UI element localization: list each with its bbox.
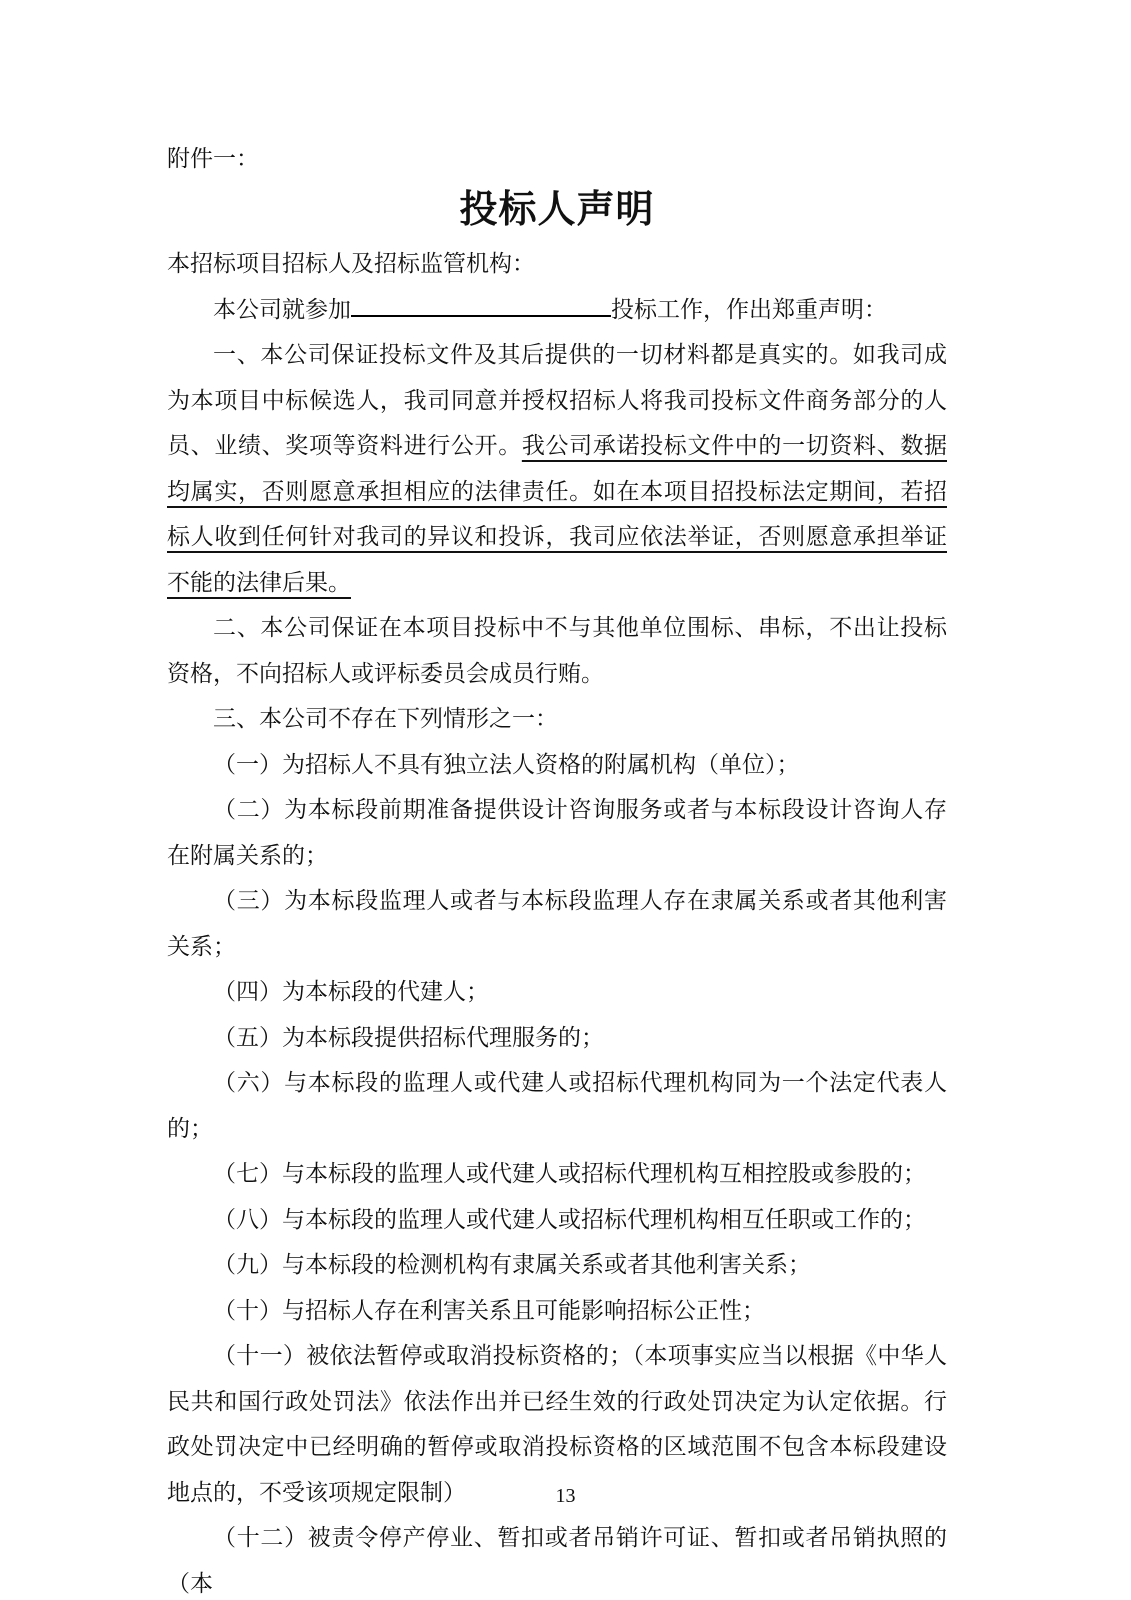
- document-body: 本招标项目招标人及招标监管机构： 本公司就参加投标工作，作出郑重声明： 一、本公…: [167, 241, 947, 1600]
- declaration-paragraph-3: 三、本公司不存在下列情形之一：: [167, 696, 947, 742]
- blank-underline-field: [351, 290, 611, 316]
- page-title: 投标人声明: [167, 187, 947, 233]
- declaration-item-8: （八）与本标段的监理人或代建人或招标代理机构相互任职或工作的；: [167, 1197, 947, 1243]
- declaration-paragraph-2: 二、本公司保证在本项目投标中不与其他单位围标、串标，不出让投标资格，不向招标人或…: [167, 605, 947, 696]
- participation-suffix: 投标工作，作出郑重声明：: [611, 297, 887, 322]
- declaration-item-12: （十二）被责令停产停业、暂扣或者吊销许可证、暂扣或者吊销执照的（本: [167, 1515, 947, 1600]
- declaration-item-7: （七）与本标段的监理人或代建人或招标代理机构互相控股或参股的；: [167, 1151, 947, 1197]
- declaration-item-1: （一）为招标人不具有独立法人资格的附属机构（单位）；: [167, 742, 947, 788]
- addressee-line: 本招标项目招标人及招标监管机构：: [167, 241, 947, 287]
- declaration-item-4: （四）为本标段的代建人；: [167, 969, 947, 1015]
- declaration-item-2: （二）为本标段前期准备提供设计咨询服务或者与本标段设计咨询人存在附属关系的；: [167, 787, 947, 878]
- participation-prefix: 本公司就参加: [213, 297, 351, 322]
- declaration-item-6: （六）与本标段的监理人或代建人或招标代理机构同为一个法定代表人的；: [167, 1060, 947, 1151]
- page-number: 13: [0, 1484, 1131, 1508]
- declaration-item-9: （九）与本标段的检测机构有隶属关系或者其他利害关系；: [167, 1242, 947, 1288]
- declaration-item-10: （十）与招标人存在利害关系且可能影响招标公正性；: [167, 1288, 947, 1334]
- document-page: 附件一： 投标人声明 本招标项目招标人及招标监管机构： 本公司就参加投标工作，作…: [0, 0, 1131, 1600]
- attachment-label: 附件一：: [167, 145, 947, 173]
- declaration-item-5: （五）为本标段提供招标代理服务的；: [167, 1015, 947, 1061]
- declaration-item-3: （三）为本标段监理人或者与本标段监理人存在隶属关系或者其他利害关系；: [167, 878, 947, 969]
- participation-line: 本公司就参加投标工作，作出郑重声明：: [167, 287, 947, 333]
- declaration-paragraph-1: 一、本公司保证投标文件及其后提供的一切材料都是真实的。如我司成为本项目中标候选人…: [167, 332, 947, 605]
